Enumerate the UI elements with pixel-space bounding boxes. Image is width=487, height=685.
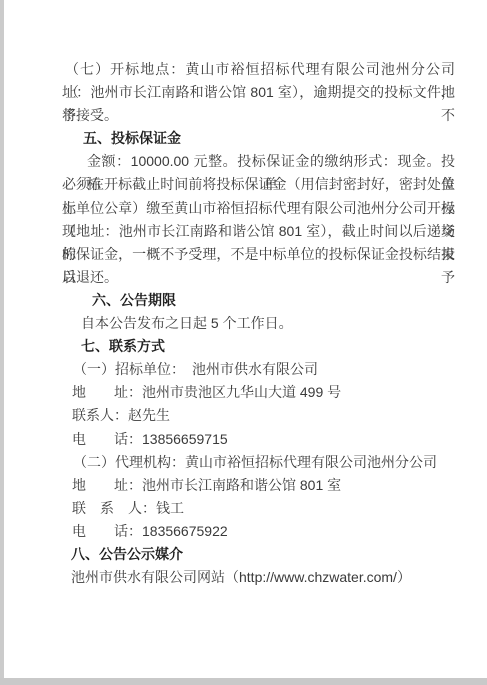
heading-section-5: 五、投标保证金 [62,127,455,150]
heading-section-7: 七、联系方式 [62,335,455,358]
line-agency: （二）代理机构：黄山市裕恒招标代理有限公司池州分公司 [62,451,455,474]
line-agency-contact: 联 系 人：钱工 [62,497,455,520]
line-tenderer-address: 地 址：池州市贵池区九华山大道 499 号 [62,381,455,404]
line-opening-location-2: 址：池州市长江南路和谐公馆 801 室），逾期提交的投标文件，将不 [62,81,455,104]
line-agency-phone: 电 话：18356675922 [62,520,455,543]
line-media: 池州市供水有限公司网站（http://www.chzwater.com/） [62,566,455,589]
page-bottom-edge [0,678,487,685]
page-left-edge [0,0,4,685]
line-bid-bond-4: （地址：池州市长江南路和谐公馆 801 室），截止时间以后递交的投 [62,220,455,243]
line-opening-location-1: （七）开标地点：黄山市裕恒招标代理有限公司池州分公司（地 [62,58,455,81]
line-announcement-period: 自本公告发布之日起 5 个工作日。 [62,312,455,335]
line-bid-bond-3: 标单位公章）缴至黄山市裕恒招标代理有限公司池州分公司开标现场 [62,197,455,220]
line-tenderer-phone: 电 话：13856659715 [62,428,455,451]
line-agency-address: 地 址：池州市长江南路和谐公馆 801 室 [62,474,455,497]
heading-section-6: 六、公告期限 [62,289,455,312]
line-bid-bond-1: 金额：10000.00 元整。投标保证金的缴纳形式：现金。投标单位 [62,150,455,173]
document-page: （七）开标地点：黄山市裕恒招标代理有限公司池州分公司（地址：池州市长江南路和谐公… [0,0,487,685]
heading-section-8: 八、公告公示媒介 [62,543,455,566]
line-bid-bond-5: 标保证金，一概不予受理，不是中标单位的投标保证金投标结束后予 [62,243,455,266]
line-tenderer: （一）招标单位： 池州市供水有限公司 [62,358,455,381]
line-tenderer-contact: 联系人：赵先生 [62,404,455,427]
document-body: （七）开标地点：黄山市裕恒招标代理有限公司池州分公司（地址：池州市长江南路和谐公… [62,58,455,589]
line-bid-bond-2: 必须在开标截止时间前将投标保证金（用信封密封好，密封处盖上投 [62,173,455,196]
